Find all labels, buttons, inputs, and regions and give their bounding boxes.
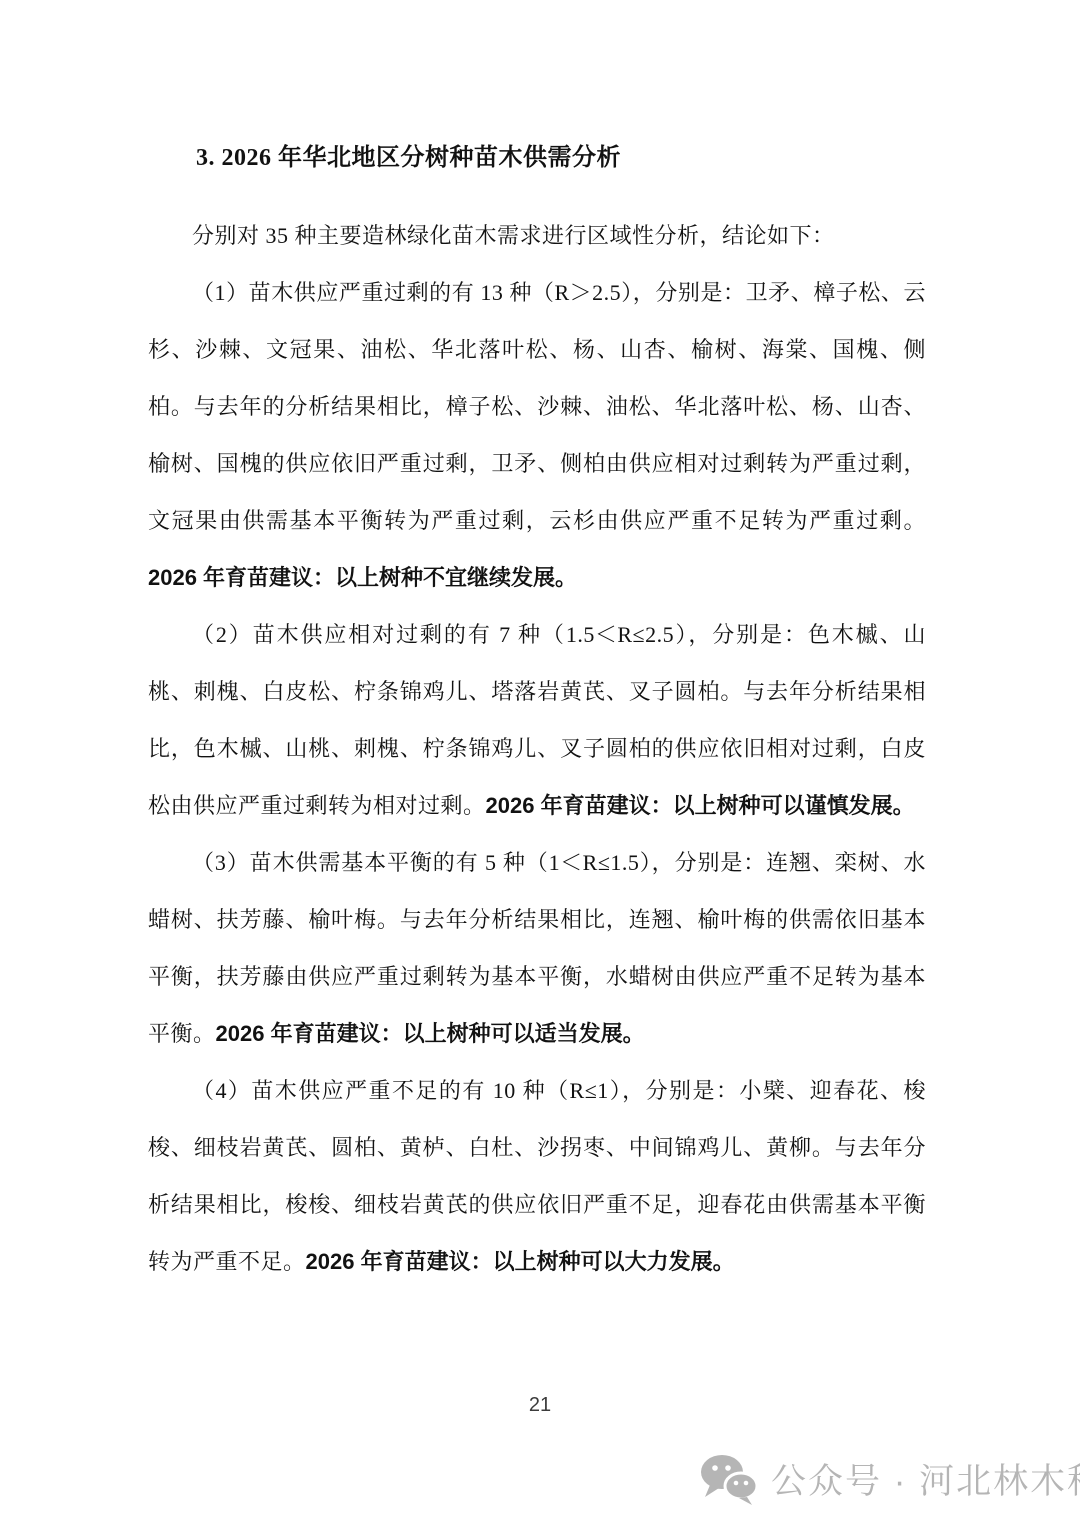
- wechat-icon: [697, 1452, 759, 1506]
- paragraph-2-recommendation: 2026 年育苗建议：以上树种可以谨慎发展。: [486, 793, 915, 818]
- paragraph-2-text: （2）苗木供应相对过剩的有 7 种（1.5＜R≤2.5），分别是：色木槭、山桃、…: [148, 622, 926, 818]
- paragraph-1-text: （1）苗木供应严重过剩的有 13 种（R＞2.5），分别是：卫矛、樟子松、云杉、…: [148, 280, 926, 533]
- document-body: 3. 2026 年华北地区分树种苗木供需分析 分别对 35 种主要造林绿化苗木需…: [148, 130, 926, 1290]
- paragraph-4-text: （4）苗木供应严重不足的有 10 种（R≤1），分别是：小檗、迎春花、梭梭、细枝…: [148, 1078, 926, 1274]
- paragraph-4: （4）苗木供应严重不足的有 10 种（R≤1），分别是：小檗、迎春花、梭梭、细枝…: [148, 1062, 926, 1290]
- paragraph-1-recommendation: 2026 年育苗建议：以上树种不宜继续发展。: [148, 565, 577, 590]
- paragraph-3-recommendation: 2026 年育苗建议：以上树种可以适当发展。: [216, 1021, 645, 1046]
- paragraph-3: （3）苗木供需基本平衡的有 5 种（1＜R≤1.5），分别是：连翘、栾树、水蜡树…: [148, 834, 926, 1062]
- section-heading: 3. 2026 年华北地区分树种苗木供需分析: [148, 130, 926, 187]
- paragraph-3-text: （3）苗木供需基本平衡的有 5 种（1＜R≤1.5），分别是：连翘、栾树、水蜡树…: [148, 850, 926, 1046]
- document-page: 3. 2026 年华北地区分树种苗木供需分析 分别对 35 种主要造林绿化苗木需…: [0, 0, 1080, 1527]
- watermark: 公众号 · 河北林木种苗: [697, 1452, 1080, 1506]
- intro-paragraph: 分别对 35 种主要造林绿化苗木需求进行区域性分析，结论如下：: [148, 207, 926, 264]
- paragraph-1: （1）苗木供应严重过剩的有 13 种（R＞2.5），分别是：卫矛、樟子松、云杉、…: [148, 264, 926, 606]
- page-number: 21: [0, 1394, 1080, 1417]
- paragraph-2: （2）苗木供应相对过剩的有 7 种（1.5＜R≤2.5），分别是：色木槭、山桃、…: [148, 606, 926, 834]
- paragraph-4-recommendation: 2026 年育苗建议：以上树种可以大力发展。: [306, 1249, 735, 1274]
- watermark-label: 公众号 · 河北林木种苗: [771, 1454, 1080, 1504]
